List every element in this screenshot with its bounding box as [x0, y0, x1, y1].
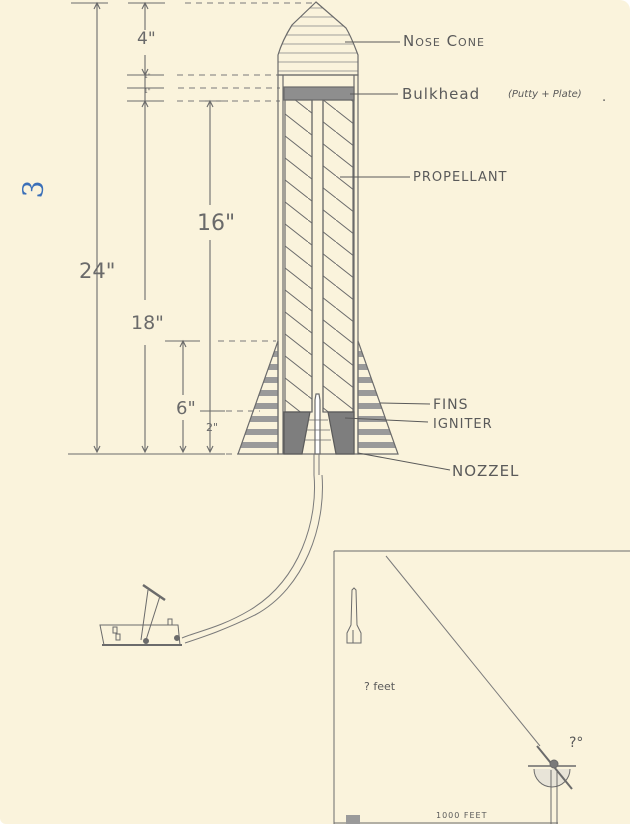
- rocket-diagram: [0, 0, 638, 839]
- label-fins: Fins: [433, 397, 469, 413]
- dim-body: 18": [131, 312, 164, 334]
- dim-fins: 6": [176, 398, 196, 419]
- ignition-wire: [182, 454, 322, 643]
- propellant-left: [285, 100, 312, 412]
- rocket-nose-cone: [278, 2, 358, 75]
- dim-total: 24": [79, 259, 115, 283]
- label-nozzle: Nozzel: [452, 462, 519, 480]
- dim-nozzle: 2": [206, 421, 218, 434]
- bulkhead: [284, 87, 354, 100]
- label-bulkhead: Bulkhead: [402, 85, 480, 103]
- dim-nose-cone: 4": [137, 29, 156, 49]
- label-baseline-distance: 1000 FEET: [436, 811, 488, 820]
- nozzle-left: [284, 412, 310, 454]
- dim-spacer-1: 1": [144, 73, 151, 80]
- label-igniter: Igniter: [433, 417, 493, 432]
- igniter: [315, 394, 320, 454]
- rocket-body: [278, 75, 358, 454]
- label-altitude: ? feet: [364, 680, 395, 693]
- battery-switch-box: [100, 585, 182, 645]
- dim-propellant: 16": [197, 211, 235, 236]
- label-bulkhead-period: .: [602, 90, 607, 105]
- dim-spacer-2: 1": [144, 88, 151, 95]
- label-nose-cone: Nose Cone: [403, 32, 485, 50]
- label-angle: ?°: [569, 735, 583, 751]
- label-propellant: Propellant: [413, 170, 508, 185]
- page-mark: 3: [16, 178, 51, 200]
- propellant-right: [323, 100, 353, 412]
- label-bulkhead-note: (Putty + Plate): [508, 89, 582, 100]
